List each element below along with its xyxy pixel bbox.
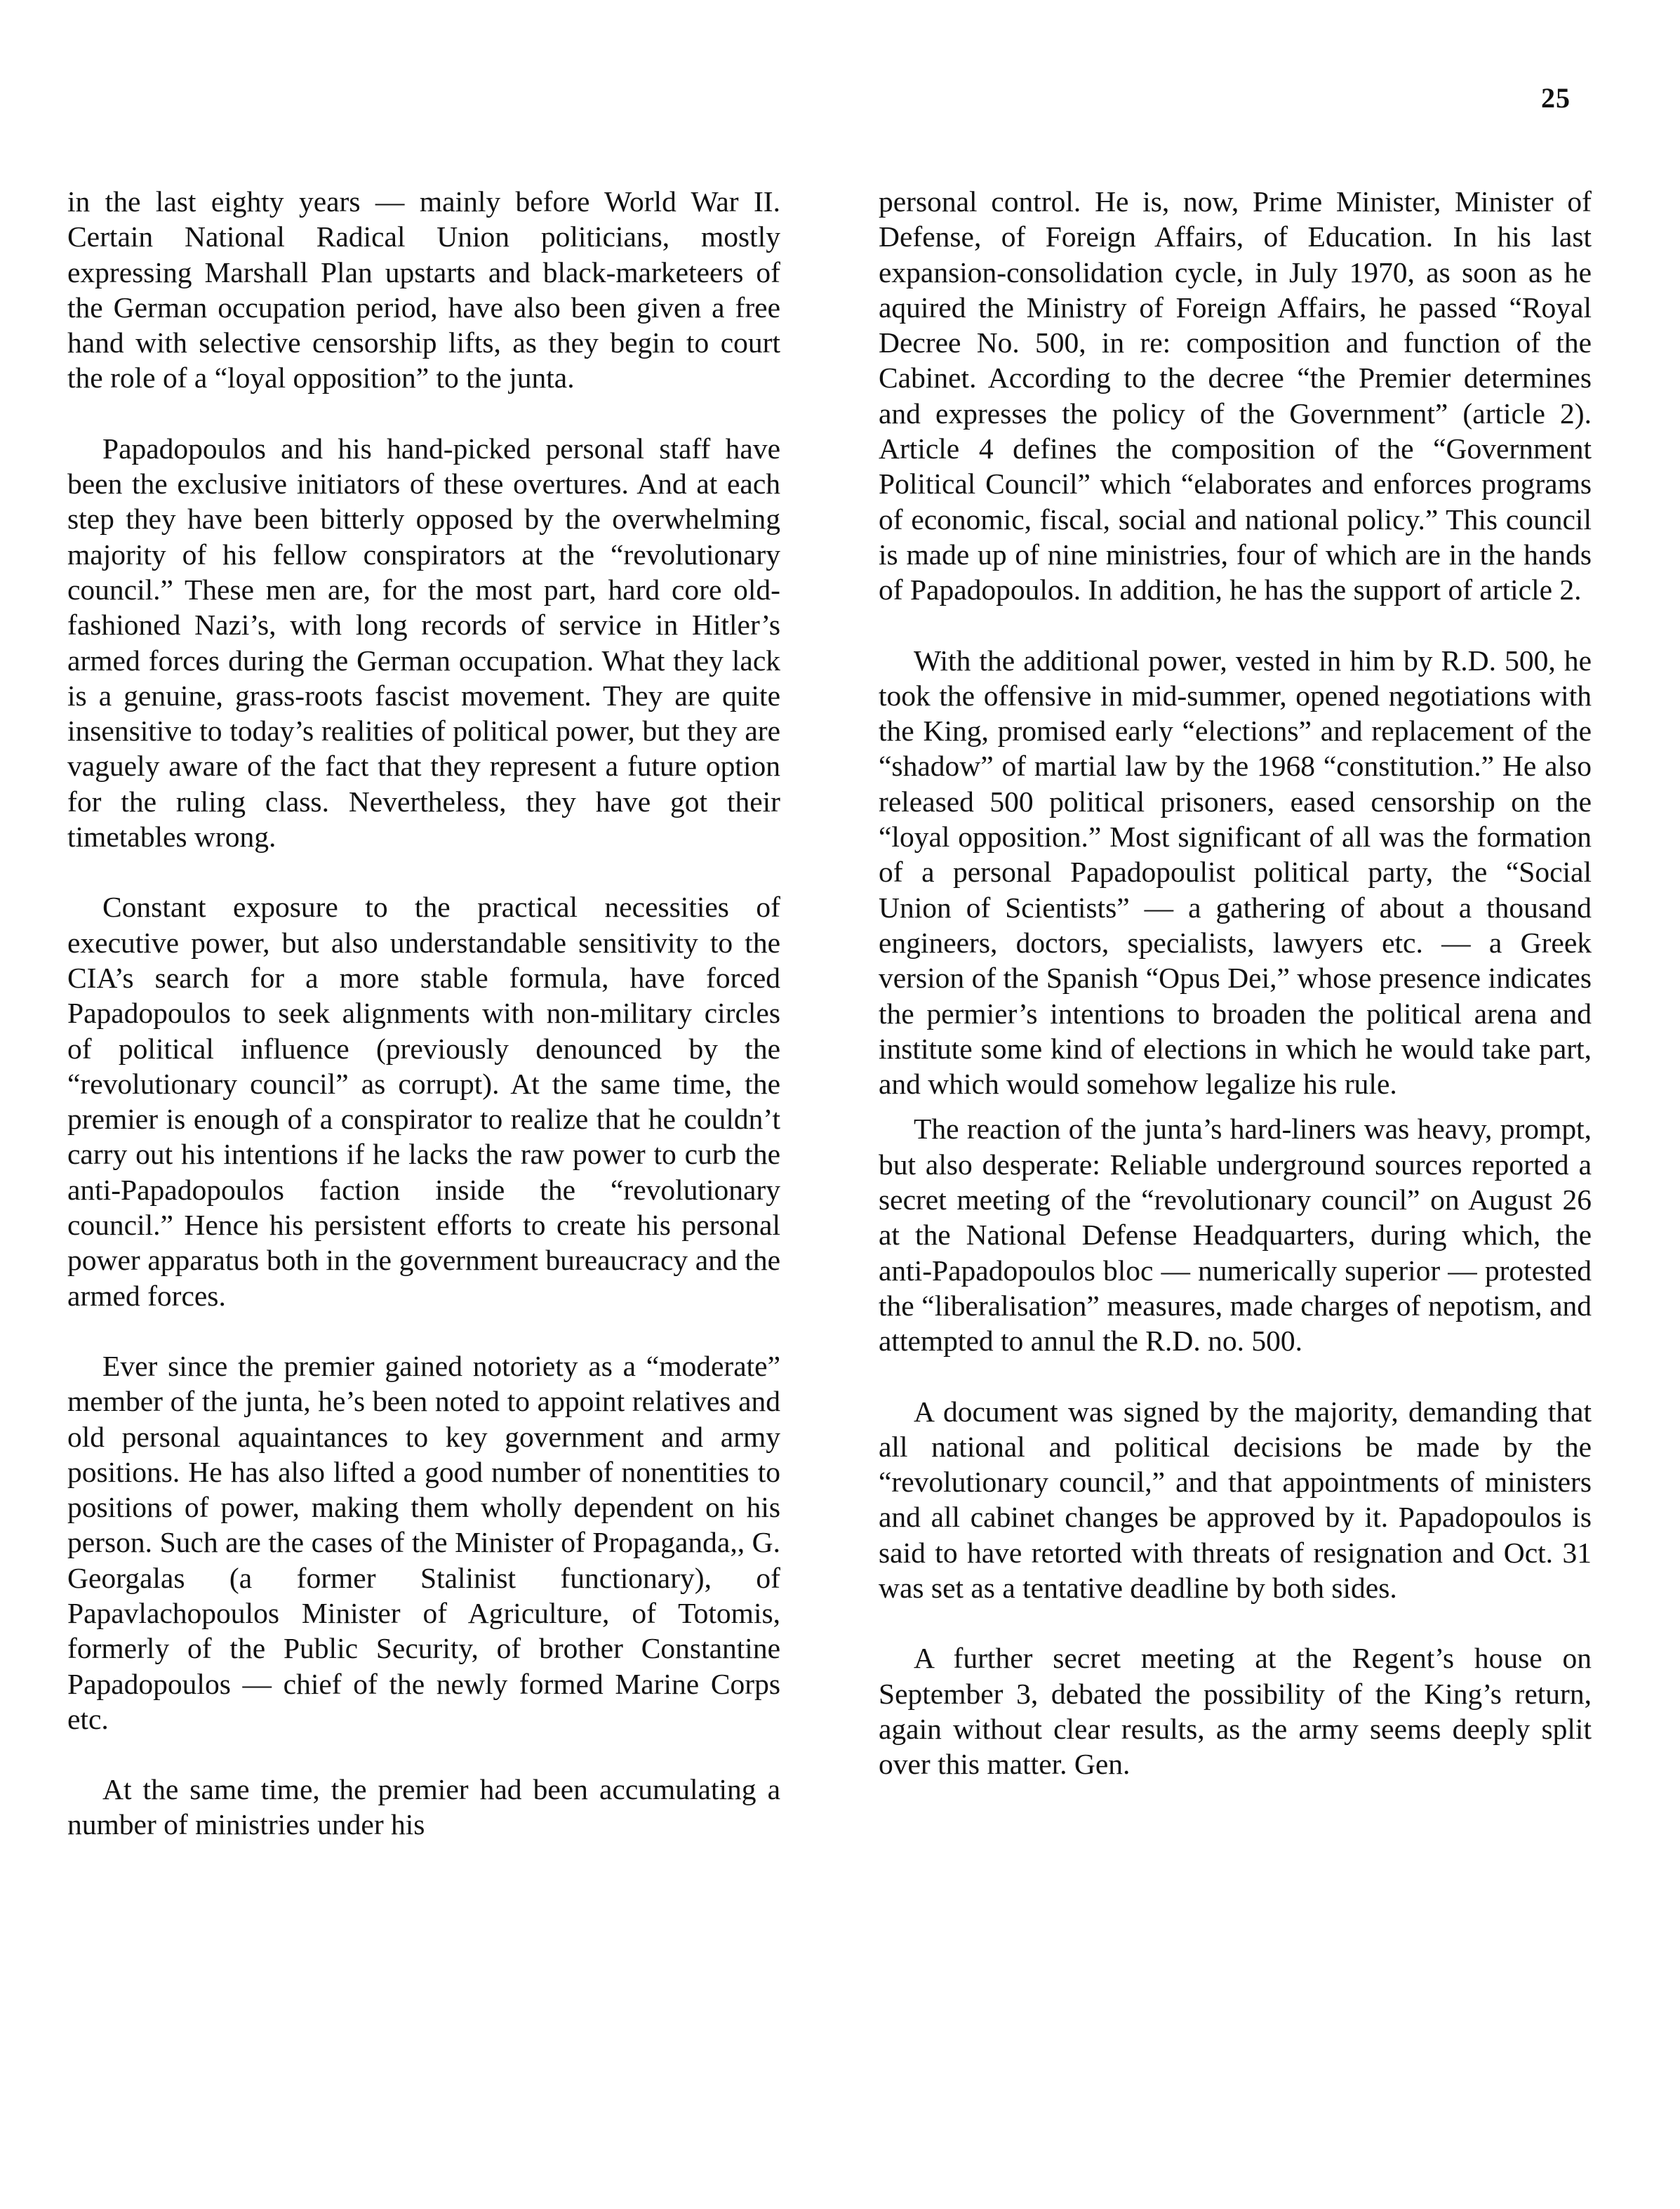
paragraph-appointments: Ever since the premier gained notoriety … — [67, 1348, 780, 1737]
paragraph-executive-power: Constant exposure to the practical neces… — [67, 889, 780, 1313]
right-column: personal control. He is, now, Prime Mini… — [879, 184, 1592, 1782]
paragraph-continuation: in the last eighty years — mainly before… — [67, 184, 780, 396]
left-column: in the last eighty years — mainly before… — [67, 184, 780, 1843]
paragraph-rd-500: With the additional power, vested in him… — [879, 643, 1592, 1102]
paragraph-hardliners-reaction: The reaction of the junta’s hard-liners … — [879, 1111, 1592, 1358]
paragraph-ministries: At the same time, the premier had been a… — [67, 1772, 780, 1843]
paragraph-personal-control: personal control. He is, now, Prime Mini… — [879, 184, 1592, 608]
paragraph-regent-meeting: A further secret meeting at the Regent’s… — [879, 1640, 1592, 1782]
paragraph-signed-document: A document was signed by the majority, d… — [879, 1394, 1592, 1606]
paragraph-overtures: Papadopoulos and his hand-picked persona… — [67, 431, 780, 855]
page-number: 25 — [1541, 81, 1571, 114]
